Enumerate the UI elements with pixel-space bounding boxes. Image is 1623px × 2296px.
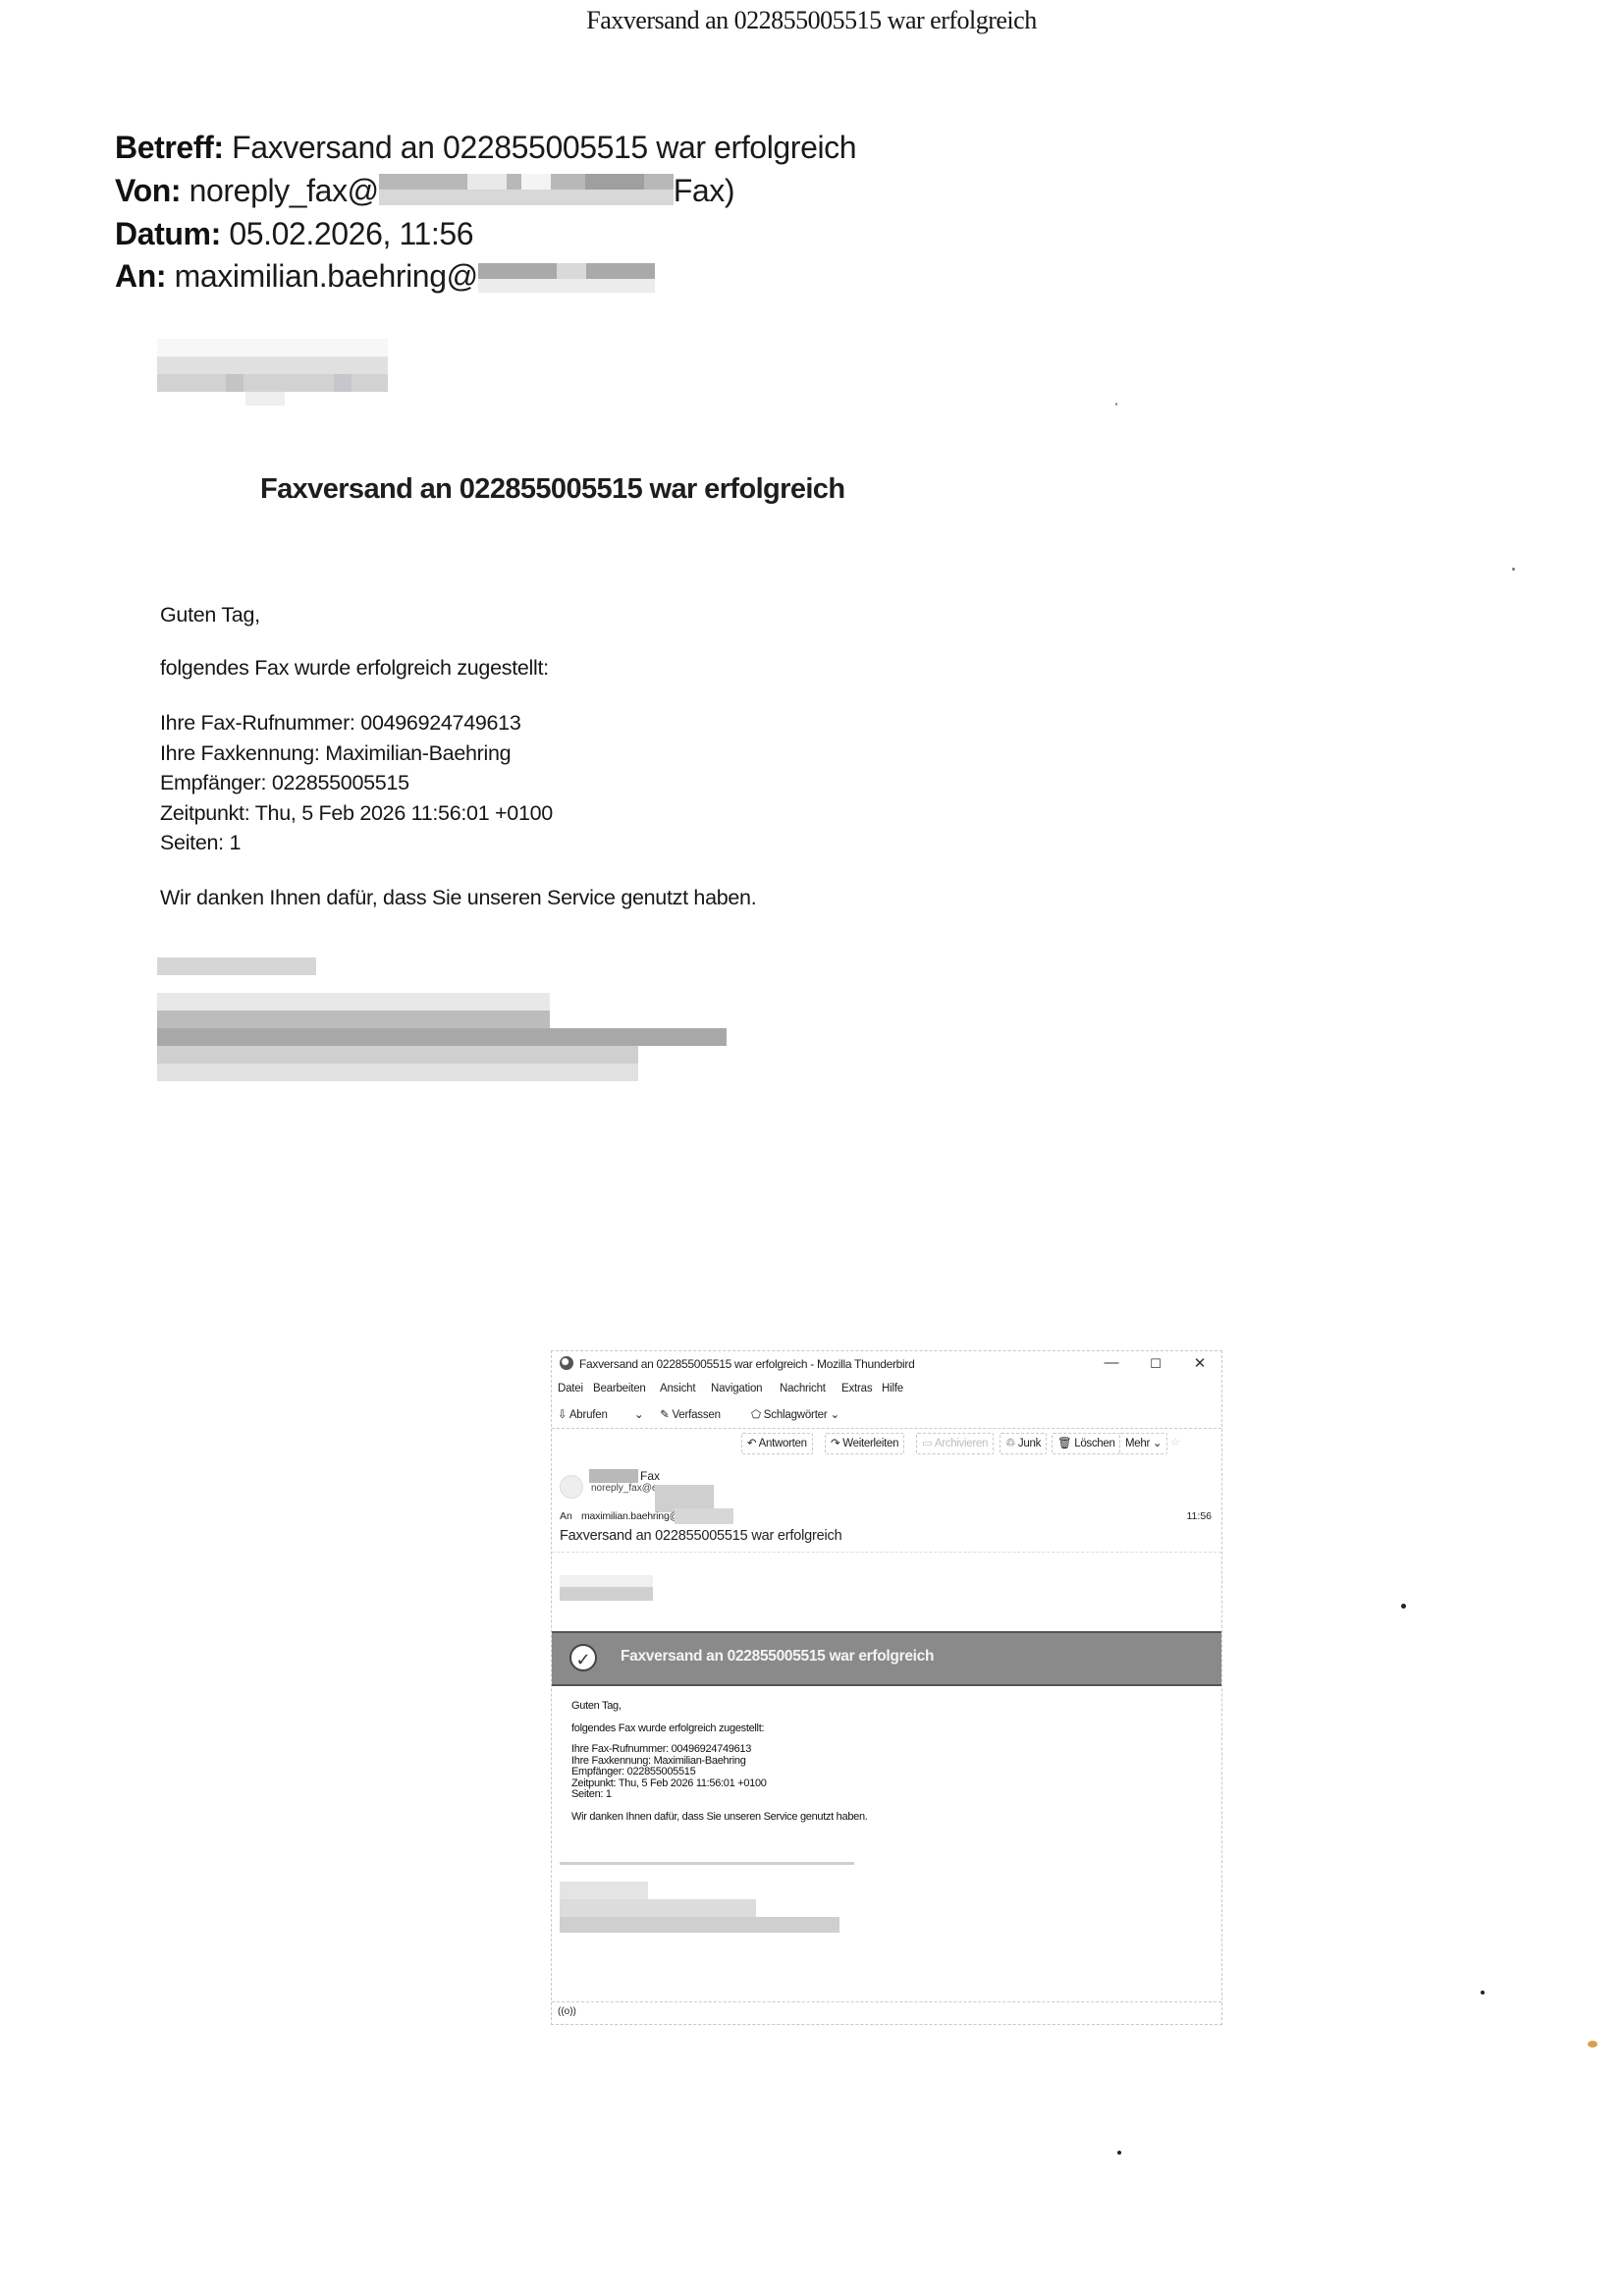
title-bar: Faxversand an 022855005515 war erfolgrei… bbox=[552, 1351, 1221, 1377]
redacted-block bbox=[675, 1508, 733, 1524]
header-divider bbox=[552, 1552, 1221, 1553]
subject-label: Betreff: bbox=[115, 130, 224, 165]
intro-text: folgendes Fax wurde erfolgreich zugestel… bbox=[160, 653, 549, 683]
recipient-email[interactable]: maximilian.baehring@ bbox=[581, 1510, 679, 1522]
redacted-signature bbox=[560, 1862, 854, 1931]
redacted-logo bbox=[560, 1575, 653, 1603]
banner-text: Faxversand an 022855005515 war erfolgrei… bbox=[621, 1648, 934, 1666]
redacted-signature bbox=[157, 957, 731, 1085]
trash-icon: 🗑 bbox=[1057, 1438, 1071, 1449]
checkmark-icon: ✓ bbox=[569, 1644, 597, 1671]
header-subject: Betreff: Faxversand an 022855005515 war … bbox=[115, 126, 856, 169]
detail-row: Zeitpunkt: Thu, 5 Feb 2026 11:56:01 +010… bbox=[160, 798, 553, 829]
recipient-row: An maximilian.baehring@ 11:56 bbox=[552, 1508, 1221, 1526]
date-label: Datum: bbox=[115, 216, 221, 251]
menu-nachricht[interactable]: Nachricht bbox=[780, 1383, 826, 1394]
message-actions: ↶ Antworten ↷ Weiterleiten ▭ Archivieren… bbox=[552, 1433, 1221, 1454]
star-icon[interactable]: ☆ bbox=[1170, 1435, 1180, 1449]
to-label: An bbox=[560, 1510, 572, 1522]
from-label: Von: bbox=[115, 173, 181, 208]
download-icon: ⇩ bbox=[558, 1409, 567, 1421]
message-subject: Faxversand an 022855005515 war erfolgrei… bbox=[560, 1528, 841, 1544]
abrufen-button[interactable]: ⇩ Abrufen bbox=[558, 1407, 608, 1421]
pencil-icon: ✎ bbox=[660, 1409, 669, 1421]
maximize-button[interactable]: ☐ bbox=[1144, 1356, 1167, 1372]
reply-button[interactable]: ↶ Antworten bbox=[741, 1433, 813, 1454]
fax-details: Ihre Fax-Rufnummer: 00496924749613 Ihre … bbox=[160, 708, 553, 858]
avatar bbox=[560, 1475, 583, 1499]
header-from: Von: noreply_fax@ Fax) bbox=[115, 169, 734, 212]
main-toolbar: ⇩ Abrufen ⌄ ✎ Verfassen ⬠ Schlagwörter ⌄ bbox=[552, 1402, 1221, 1429]
subject-value: Faxversand an 022855005515 war erfolgrei… bbox=[232, 130, 856, 165]
window-title: Faxversand an 022855005515 war erfolgrei… bbox=[579, 1357, 914, 1371]
sender-name[interactable]: Fax bbox=[640, 1469, 660, 1483]
menu-hilfe[interactable]: Hilfe bbox=[882, 1383, 903, 1394]
detail-row: Ihre Fax-Rufnummer: 00496924749613 bbox=[160, 708, 553, 738]
menu-navigation[interactable]: Navigation bbox=[711, 1383, 762, 1394]
from-value: noreply_fax@ bbox=[189, 173, 379, 208]
sender-row: Fax noreply_fax@e bbox=[552, 1467, 1221, 1506]
scan-speck bbox=[1117, 2151, 1121, 2155]
redacted-block bbox=[589, 1469, 638, 1483]
reply-icon: ↶ bbox=[747, 1438, 756, 1449]
forward-button[interactable]: ↷ Weiterleiten bbox=[825, 1433, 904, 1454]
menu-ansicht[interactable]: Ansicht bbox=[660, 1383, 695, 1394]
abrufen-dropdown[interactable]: ⌄ bbox=[634, 1407, 643, 1421]
thanks-text: Wir danken Ihnen dafür, dass Sie unseren… bbox=[571, 1811, 1221, 1824]
menu-bar: Datei Bearbeiten Ansicht Navigation Nach… bbox=[552, 1379, 1221, 1400]
success-banner: ✓ Faxversand an 022855005515 war erfolgr… bbox=[552, 1631, 1221, 1686]
thunderbird-window: Faxversand an 022855005515 war erfolgrei… bbox=[551, 1350, 1222, 2025]
archive-button[interactable]: ▭ Archivieren bbox=[916, 1433, 994, 1454]
greeting: Guten Tag, bbox=[571, 1700, 1221, 1713]
detail-row: Seiten: 1 bbox=[160, 828, 553, 858]
date-value: 05.02.2026, 11:56 bbox=[229, 216, 473, 251]
thunderbird-logo-icon bbox=[560, 1356, 573, 1370]
redacted-logo bbox=[157, 339, 388, 408]
chevron-down-icon: ⌄ bbox=[634, 1409, 643, 1421]
from-value-suffix: Fax) bbox=[674, 173, 734, 208]
forward-icon: ↷ bbox=[831, 1438, 839, 1449]
menu-bearbeiten[interactable]: Bearbeiten bbox=[593, 1383, 646, 1394]
header-to: An: maximilian.baehring@ bbox=[115, 254, 655, 298]
status-bar: ((o)) bbox=[552, 2001, 1221, 2024]
scan-speck bbox=[1588, 2041, 1597, 2048]
message-body: Guten Tag, folgendes Fax wurde erfolgrei… bbox=[571, 1700, 1221, 1832]
schlagwoerter-button[interactable]: ⬠ Schlagwörter ⌄ bbox=[751, 1407, 839, 1421]
greeting: Guten Tag, bbox=[160, 600, 260, 630]
sender-email[interactable]: noreply_fax@e bbox=[591, 1483, 657, 1494]
message-time: 11:56 bbox=[1187, 1510, 1213, 1522]
verfassen-button[interactable]: ✎ Verfassen bbox=[660, 1407, 721, 1421]
junk-icon: ♲ bbox=[1005, 1438, 1015, 1449]
scan-speck bbox=[1115, 403, 1117, 406]
junk-button[interactable]: ♲ Junk bbox=[1000, 1433, 1047, 1454]
header-date: Datum: 05.02.2026, 11:56 bbox=[115, 212, 473, 255]
body-heading: Faxversand an 022855005515 war erfolgrei… bbox=[260, 473, 844, 506]
to-label: An: bbox=[115, 258, 166, 294]
redacted-block bbox=[379, 170, 674, 209]
chevron-down-icon: ⌄ bbox=[1153, 1438, 1162, 1449]
close-button[interactable]: ✕ bbox=[1188, 1354, 1212, 1372]
scan-speck bbox=[1401, 1604, 1406, 1609]
redacted-block bbox=[478, 255, 655, 295]
archive-icon: ▭ bbox=[922, 1438, 933, 1449]
subject-row: Faxversand an 022855005515 war erfolgrei… bbox=[552, 1526, 1221, 1548]
more-button[interactable]: Mehr ⌄ bbox=[1119, 1433, 1167, 1454]
to-value: maximilian.baehring@ bbox=[175, 258, 478, 294]
menu-extras[interactable]: Extras bbox=[841, 1383, 872, 1394]
delete-button[interactable]: 🗑 Löschen bbox=[1052, 1433, 1121, 1454]
intro-text: folgendes Fax wurde erfolgreich zugestel… bbox=[571, 1722, 1221, 1735]
menu-datei[interactable]: Datei bbox=[558, 1383, 583, 1394]
fax-details: Ihre Fax-Rufnummer: 00496924749613 Ihre … bbox=[571, 1744, 1221, 1801]
detail-row: Empfänger: 022855005515 bbox=[160, 768, 553, 798]
page-header: Faxversand an 022855005515 war erfolgrei… bbox=[0, 6, 1623, 35]
thanks-text: Wir danken Ihnen dafür, dass Sie unseren… bbox=[160, 883, 756, 913]
tag-icon: ⬠ bbox=[751, 1409, 761, 1421]
scan-speck bbox=[1512, 568, 1515, 571]
detail-row: Ihre Faxkennung: Maximilian-Baehring bbox=[160, 738, 553, 769]
scan-speck bbox=[1481, 1991, 1485, 1995]
chevron-down-icon: ⌄ bbox=[831, 1409, 839, 1421]
activity-icon: ((o)) bbox=[558, 2006, 576, 2017]
minimize-button[interactable]: — bbox=[1100, 1354, 1123, 1371]
